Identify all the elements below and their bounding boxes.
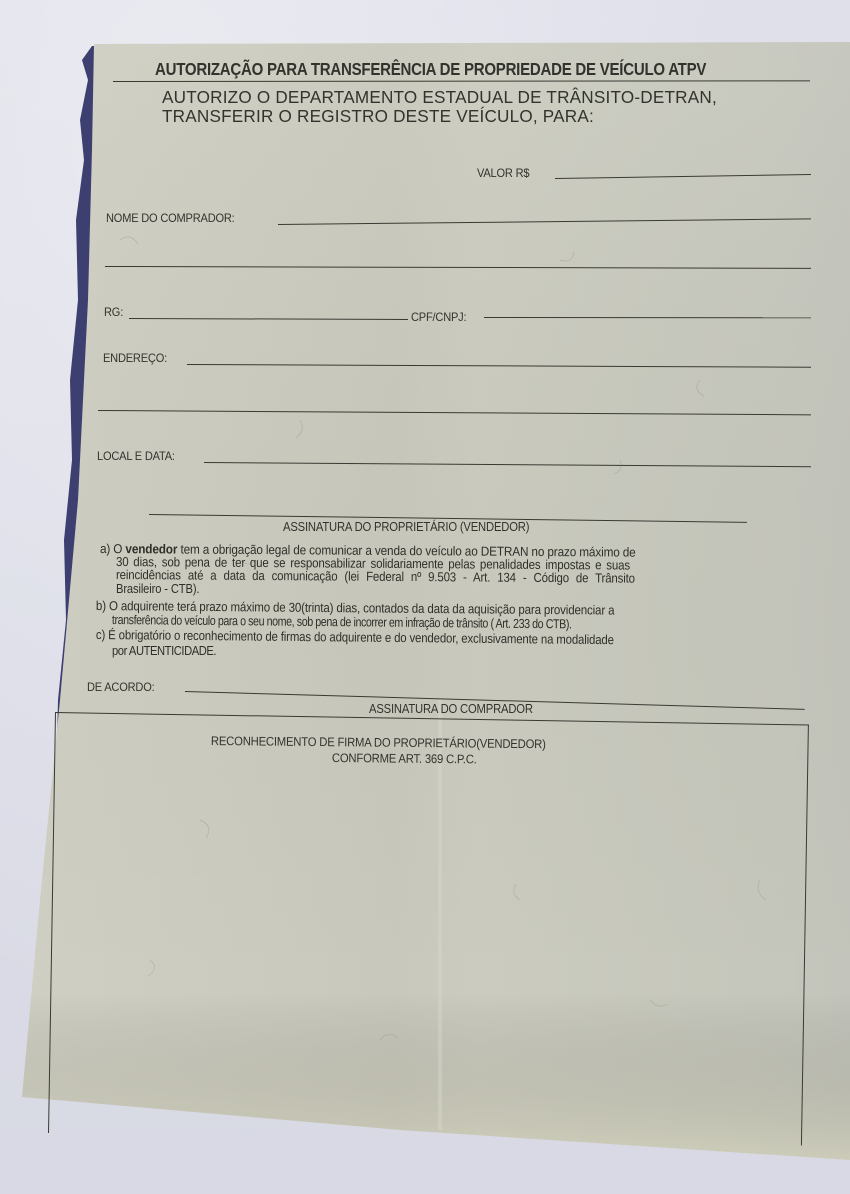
buyer-name-field-cont[interactable] <box>105 266 811 269</box>
seller-signature-caption: ASSINATURA DO PROPRIETÁRIO (VENDEDOR) <box>283 520 529 534</box>
cpf-cnpj-label: CPF/CNPJ: <box>411 310 466 324</box>
note-a-line4: Brasileiro - CTB). <box>116 582 199 595</box>
atpv-form: AUTORIZAÇÃO PARA TRANSFERÊNCIA DE PROPRI… <box>0 0 850 1194</box>
cpf-cnpj-field[interactable] <box>484 317 811 318</box>
note-c-line2: por AUTENTICIDADE. <box>112 644 216 657</box>
agreement-label: DE ACORDO: <box>87 680 154 694</box>
valor-field[interactable] <box>555 174 811 179</box>
buyer-name-field[interactable] <box>278 218 811 225</box>
authorization-line-1: AUTORIZO O DEPARTAMENTO ESTADUAL DE TRÂN… <box>162 87 717 108</box>
note-a-marker: a) <box>100 541 110 556</box>
notary-title-line-2: CONFORME ART. 369 C.P.C. <box>332 751 477 766</box>
address-field-cont[interactable] <box>98 410 811 415</box>
note-b-marker: b) <box>96 598 106 613</box>
place-date-field[interactable] <box>204 462 811 467</box>
place-date-label: LOCAL E DATA: <box>97 449 175 463</box>
address-field[interactable] <box>187 364 811 368</box>
notary-box <box>48 712 809 1145</box>
authorization-line-2: TRANSFERIR O REGISTRO DESTE VEÍCULO, PAR… <box>162 106 594 127</box>
buyer-name-label: NOME DO COMPRADOR: <box>106 211 235 225</box>
form-title: AUTORIZAÇÃO PARA TRANSFERÊNCIA DE PROPRI… <box>155 59 706 80</box>
rg-field[interactable] <box>129 318 408 320</box>
valor-label: VALOR R$ <box>477 166 529 180</box>
address-label: ENDEREÇO: <box>103 351 167 365</box>
rg-label: RG: <box>104 305 123 319</box>
buyer-signature-caption: ASSINATURA DO COMPRADOR <box>369 702 533 716</box>
note-c-marker: c) <box>96 627 105 642</box>
title-underline <box>113 80 810 82</box>
